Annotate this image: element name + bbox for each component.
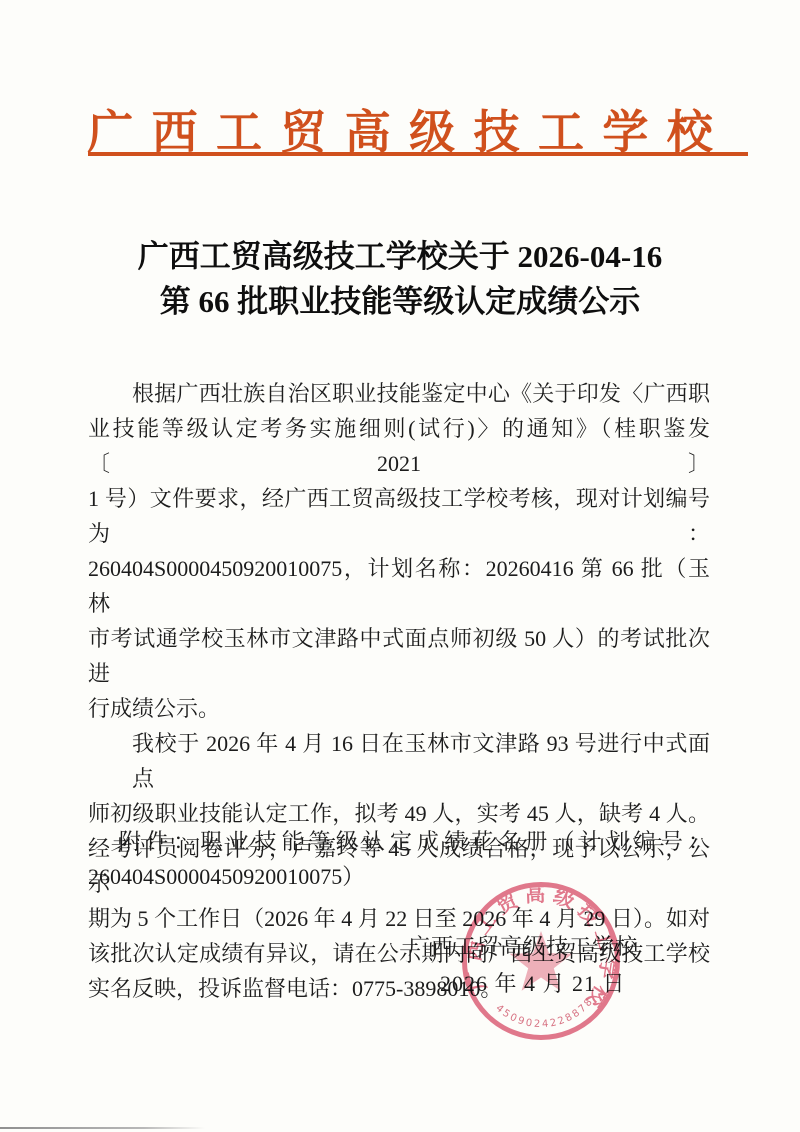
body-line: 1 号）文件要求，经广西工贸高级技工学校考核，现对计划编号为： <box>88 481 710 551</box>
attachment-line: 附件：职业技能等级认定成绩花名册（计划编号： <box>88 824 710 859</box>
document-title: 广西工贸高级技工学校关于 2026-04-16 第 66 批职业技能等级认定成绩… <box>0 234 800 324</box>
scan-artifact-line <box>0 1127 205 1129</box>
document-title-line-1: 广西工贸高级技工学校关于 2026-04-16 <box>0 234 800 279</box>
body-line: 我校于 2026 年 4 月 16 日在玉林市文津路 93 号进行中式面点 <box>88 726 710 796</box>
document-page: 广西工贸高级技工学校 广西工贸高级技工学校关于 2026-04-16 第 66 … <box>0 0 800 1132</box>
body-line: 业技能等级认定考务实施细则(试行)〉的通知》（桂职鉴发〔2021〕 <box>88 411 710 481</box>
document-title-line-2: 第 66 批职业技能等级认定成绩公示 <box>0 279 800 324</box>
attachment-line: 260404S0000450920010075） <box>88 859 710 894</box>
signature-date: 2026 年 4 月 21 日 <box>440 967 626 998</box>
letterhead-divider <box>88 152 748 156</box>
document-body: 根据广西壮族自治区职业技能鉴定中心《关于印发〈广西职 业技能等级认定考务实施细则… <box>88 376 710 1006</box>
signature-organization: 广西工贸高级技工学校 <box>408 930 638 961</box>
attachment-note: 附件：职业技能等级认定成绩花名册（计划编号： 260404S0000450920… <box>88 824 710 894</box>
body-line: 根据广西壮族自治区职业技能鉴定中心《关于印发〈广西职 <box>88 376 710 411</box>
body-line: 行成绩公示。 <box>88 691 710 726</box>
body-line: 260404S0000450920010075，计划名称：20260416 第 … <box>88 551 710 621</box>
body-line: 市考试通学校玉林市文津路中式面点师初级 50 人）的考试批次进 <box>88 621 710 691</box>
